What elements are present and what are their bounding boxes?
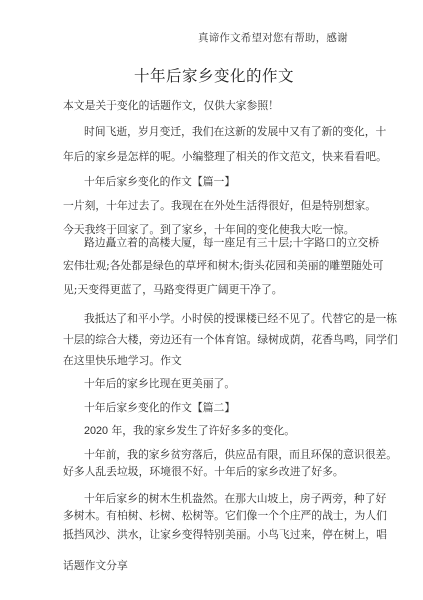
body-line: 十年后家乡变化的作文【篇二】 xyxy=(84,401,235,415)
body-line: 年后的家乡是怎样的呢。小编整理了相关的作文范文，快来看看吧。 xyxy=(63,150,387,164)
body-line: 时间飞逝，岁月变迁，我们在这新的发展中又有了新的变化，十 xyxy=(84,125,386,139)
body-line: 2020 年，我的家乡发生了许好多多的变化。 xyxy=(84,424,295,438)
body-line: 见;天变得更蓝了，马路变得更广阔更干净了。 xyxy=(63,283,283,297)
body-line: 多树木。有柏树、杉树、松树等。它们像一个个庄严的战士，为人们 xyxy=(63,509,387,523)
body-line: 本文是关于变化的话题作文，仅供大家参照！ xyxy=(63,99,279,113)
body-line: 宏伟壮观;各处都是绿色的草坪和树木;街头花园和美丽的雕塑随处可 xyxy=(63,259,383,273)
footer-note: 话题作文分享 xyxy=(63,558,128,573)
line-text: 年，我的家乡发生了许好多多的变化。 xyxy=(108,424,295,437)
body-line: 我抵达了和平小学。小时侯的授课楼已经不见了。代替它的是一栋 xyxy=(84,312,397,326)
document-title: 十年后家乡变化的作文 xyxy=(134,64,294,86)
body-line: 十年后家乡变化的作文【篇一】 xyxy=(84,175,235,189)
body-line: 十年后的家乡比现在更美丽了。 xyxy=(84,377,235,391)
body-line: 一片刻，十年过去了。我现在在外处生活得很好，但是特别想家。 xyxy=(63,199,376,213)
body-line: 十层的综合大楼，旁边还有一个体育馆。绿树成荫，花香鸟鸣，同学们 xyxy=(63,333,398,347)
body-line: 抵挡风沙、洪水，让家乡变得特别美丽。小鸟飞过来，停在树上，唱 xyxy=(63,528,387,542)
body-line: 今天我终于回家了。到了家乡，十年间的变化使我大吃一惊。 xyxy=(63,223,355,237)
body-line: 十年前，我的家乡贫穷落后，供应品有限，而且环保的意识很差。 xyxy=(84,448,397,462)
header-note: 真谛作文希望对您有帮助，感谢 xyxy=(198,30,348,45)
body-line: 十年后家乡的树木生机盎然。在那大山坡上，房子两旁，种了好 xyxy=(84,492,386,506)
body-line: 在这里快乐地学习。作文 xyxy=(63,354,182,368)
year-number: 2020 xyxy=(84,425,108,437)
document-page: 真谛作文希望对您有帮助，感谢 十年后家乡变化的作文 本文是关于变化的话题作文，仅… xyxy=(0,0,423,600)
body-line: 好多人乱丢垃圾，环境很不好。十年后的家乡改进了好多。 xyxy=(63,465,344,479)
body-line: 路边矗立着的高楼大厦，每一座足有三十层;十字路口的立交桥 xyxy=(84,236,379,250)
